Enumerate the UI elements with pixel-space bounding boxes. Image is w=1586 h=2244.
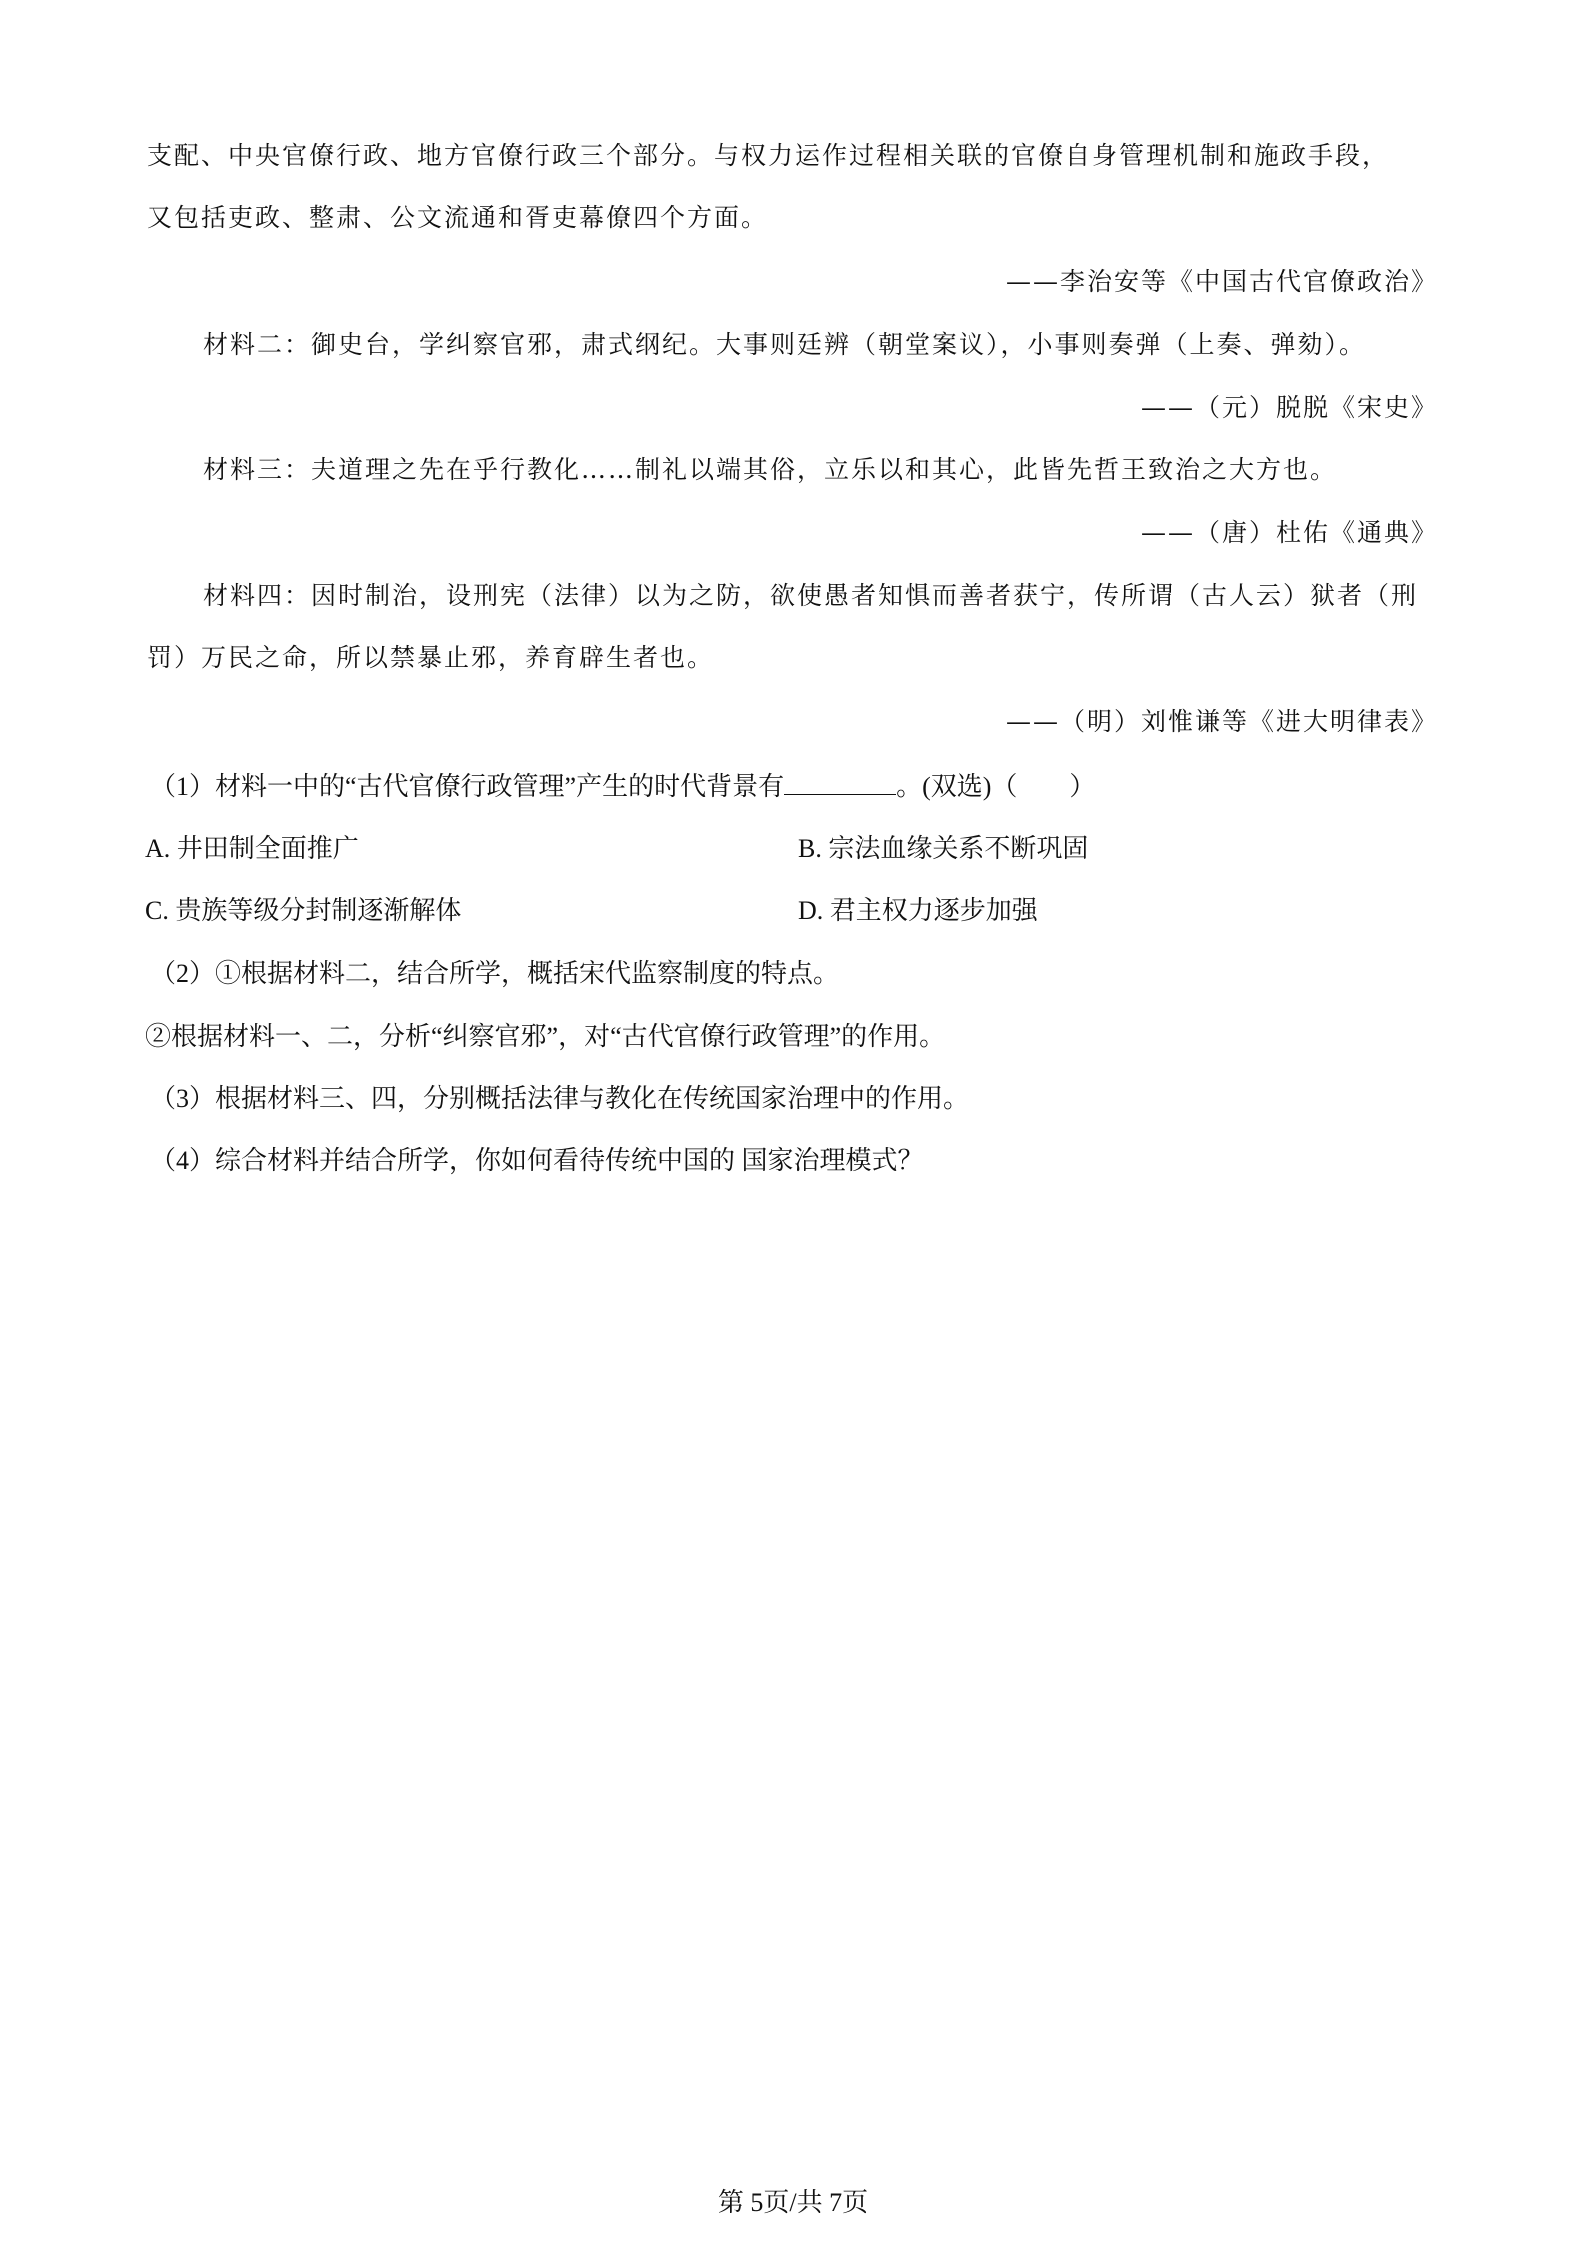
option-c-label: C. xyxy=(145,896,169,925)
question-1-suffix: 。(双选)（ ） xyxy=(896,772,1095,801)
option-a-label: A. xyxy=(145,834,170,863)
answer-blank[interactable] xyxy=(784,772,896,795)
option-d-text: 君主权力逐步加强 xyxy=(830,896,1038,925)
material-four-source: ——（明）刘惟谦等《进大明律表》 xyxy=(1006,702,1438,738)
material-one-line-1: 支配、中央官僚行政、地方官僚行政三个部分。与权力运作过程相关联的官僚自身管理机制… xyxy=(147,136,1389,172)
option-c-text: 贵族等级分封制逐渐解体 xyxy=(175,896,461,925)
material-four-line-2: 罚）万民之命，所以禁暴止邪，养育辟生者也。 xyxy=(147,638,714,674)
material-three-source: ——（唐）杜佑《通典》 xyxy=(1141,513,1438,549)
question-2-part-1: （2）①根据材料二，结合所学，概括宋代监察制度的特点。 xyxy=(150,953,839,990)
option-a[interactable]: A. 井田制全面推广 xyxy=(145,828,359,865)
question-1: （1）材料一中的“古代官僚行政管理”产生的时代背景有。(双选)（ ） xyxy=(150,766,1095,803)
material-three-text: 材料三：夫道理之先在乎行教化……制礼以端其俗，立乐以和其心，此皆先哲王致治之大方… xyxy=(203,450,1337,486)
material-two-source: ——（元）脱脱《宋史》 xyxy=(1141,388,1438,424)
exam-page: 支配、中央官僚行政、地方官僚行政三个部分。与权力运作过程相关联的官僚自身管理机制… xyxy=(0,0,1586,2244)
material-one-line-2: 又包括吏政、整肃、公文流通和胥吏幕僚四个方面。 xyxy=(147,198,768,234)
material-two-text: 材料二：御史台，学纠察官邪，肃式纲纪。大事则廷辨（朝堂案议），小事则奏弹（上奏、… xyxy=(203,325,1366,361)
material-four-line-1: 材料四：因时制治，设刑宪（法律）以为之防，欲使愚者知惧而善者获宁，传所谓（古人云… xyxy=(203,576,1418,612)
option-b-label: B. xyxy=(798,834,822,863)
question-3: （3）根据材料三、四，分别概括法律与教化在传统国家治理中的作用。 xyxy=(150,1078,969,1115)
option-d[interactable]: D. 君主权力逐步加强 xyxy=(798,890,1038,927)
option-b-text: 宗法血缘关系不断巩固 xyxy=(828,834,1088,863)
option-a-text: 井田制全面推广 xyxy=(177,834,359,863)
page-number: 第 5页/共 7页 xyxy=(0,2182,1586,2219)
material-one-source: ——李治安等《中国古代官僚政治》 xyxy=(1006,262,1438,298)
option-d-label: D. xyxy=(798,896,823,925)
question-4: （4）综合材料并结合所学，你如何看待传统中国的 国家治理模式？ xyxy=(150,1140,924,1177)
question-1-prefix: （1）材料一中的“古代官僚行政管理”产生的时代背景有 xyxy=(150,772,784,801)
option-b[interactable]: B. 宗法血缘关系不断巩固 xyxy=(798,828,1088,865)
question-2-part-2: ②根据材料一、二，分析“纠察官邪”，对“古代官僚行政管理”的作用。 xyxy=(145,1016,945,1053)
option-c[interactable]: C. 贵族等级分封制逐渐解体 xyxy=(145,890,461,927)
